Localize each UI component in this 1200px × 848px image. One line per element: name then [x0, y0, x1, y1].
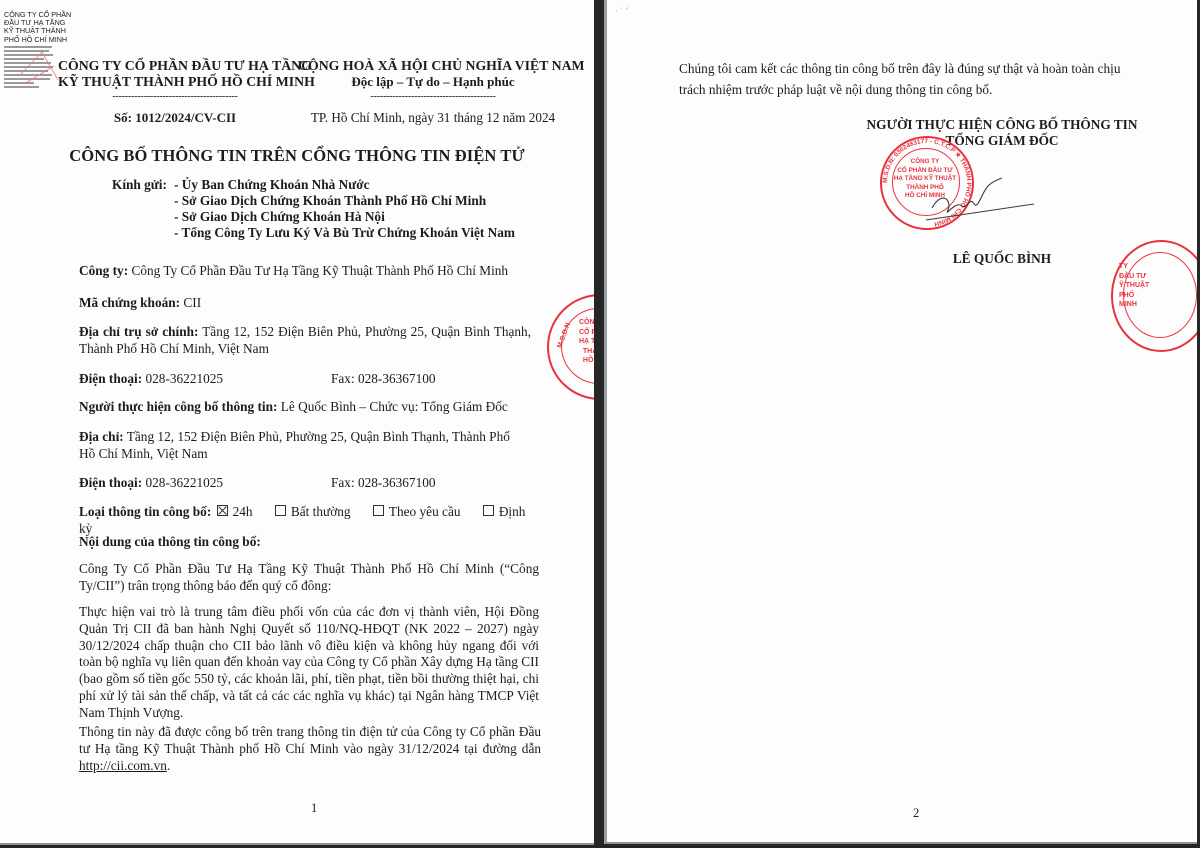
- commitment-paragraph: Chúng tôi cam kết các thông tin công bố …: [679, 58, 1139, 100]
- field-value: CII: [180, 295, 201, 310]
- fax-value: Fax: 028-36367100: [331, 370, 436, 387]
- national-header: CỘNG HOÀ XÃ HỘI CHỦ NGHĨA VIỆT NAM Độc l…: [298, 58, 568, 126]
- national-motto: Độc lập – Tự do – Hạnh phúc: [298, 74, 568, 90]
- document-page-2: · ˙ ٬ Chúng tôi cam kết các thông tin cô…: [604, 0, 1197, 844]
- partial-seal-text: TYĐẦU TƯỸ THUẬTPHỐMINH: [1119, 262, 1149, 310]
- head-office-field: Địa chỉ trụ sở chính: Tầng 12, 152 Điện …: [79, 323, 531, 357]
- field-label: Địa chỉ:: [79, 429, 124, 444]
- content-heading: Nội dung của thông tin công bố:: [79, 533, 535, 550]
- paragraph-end: .: [167, 758, 170, 773]
- signature-scribble-icon: [14, 40, 64, 90]
- recipients-list: - Ủy Ban Chứng Khoán Nhà Nước - Sở Giao …: [174, 177, 515, 241]
- signer-role: NGƯỜI THỰC HIỆN CÔNG BỐ THÔNG TIN: [862, 117, 1142, 133]
- issuer-name-line2: KỸ THUẬT THÀNH PHỐ HỒ CHÍ MINH: [58, 74, 292, 90]
- page-number: 2: [913, 806, 919, 821]
- field-value: 028-36221025: [142, 475, 223, 490]
- option-24h: 24h: [215, 504, 253, 519]
- content-paragraph-2: Thực hiện vai trò là trung tâm điều phối…: [79, 604, 539, 722]
- discloser-field: Người thực hiện công bố thông tin: Lê Qu…: [79, 398, 535, 415]
- unchecked-box-icon: [483, 505, 494, 516]
- header-divider: ----------------------------------------: [58, 90, 292, 104]
- phone-field-2: Điện thoại: 028-36221025 Fax: 028-363671…: [79, 474, 535, 491]
- page-number: 1: [311, 801, 317, 816]
- recipient-item: - Sở Giao Dịch Chứng Khoán Thành Phố Hồ …: [174, 193, 515, 209]
- corner-company-note: CÔNG TY CỔ PHẦN ĐẦU TƯ HẠ TẦNG KỸ THUẬT …: [4, 11, 71, 44]
- field-value: Công Ty Cổ Phần Đầu Tư Hạ Tầng Kỹ Thuật …: [128, 263, 508, 278]
- document-title: CÔNG BỐ THÔNG TIN TRÊN CỔNG THÔNG TIN ĐI…: [0, 146, 594, 166]
- field-label: Công ty:: [79, 263, 128, 278]
- unchecked-box-icon: [275, 505, 286, 516]
- signer-name: LÊ QUỐC BÌNH: [862, 251, 1142, 267]
- stock-code-field: Mã chứng khoán: CII: [79, 294, 535, 311]
- recipients-label: Kính gửi:: [112, 177, 167, 193]
- issuer-header: CÔNG TY CỔ PHẦN ĐẦU TƯ HẠ TẦNG KỸ THUẬT …: [58, 58, 292, 126]
- document-date: TP. Hồ Chí Minh, ngày 31 tháng 12 năm 20…: [298, 110, 568, 126]
- signature-icon: [922, 170, 1042, 225]
- field-label: Điện thoại:: [79, 371, 142, 386]
- field-label: Địa chỉ trụ sở chính:: [79, 324, 198, 339]
- field-label: Loại thông tin công bố:: [79, 504, 211, 519]
- scan-speck: · ˙ ٬: [615, 6, 628, 17]
- field-label: Người thực hiện công bố thông tin:: [79, 399, 277, 414]
- unchecked-box-icon: [373, 505, 384, 516]
- option-irregular: Bất thường: [273, 504, 351, 519]
- content-paragraph-1: Công Ty Cổ Phần Đầu Tư Hạ Tầng Kỹ Thuật …: [79, 560, 539, 594]
- header-divider: ----------------------------------------: [298, 90, 568, 104]
- recipient-item: - Sở Giao Dịch Chứng Khoán Hà Nội: [174, 209, 515, 225]
- disclosure-type-field: Loại thông tin công bố: 24h Bất thường T…: [79, 503, 559, 537]
- document-number: Số: 1012/2024/CV-CII: [58, 110, 292, 126]
- paragraph-text: Thông tin này đã được công bố trên trang…: [79, 724, 541, 756]
- company-seal-partial: CÔNCỔ PHẦHẠ TẦNG THÀ HỒ C M.S.D.N: [547, 294, 594, 400]
- field-label: Điện thoại:: [79, 475, 142, 490]
- document-page-1: CÔNG TY CỔ PHẦN ĐẦU TƯ HẠ TẦNG KỸ THUẬT …: [0, 0, 594, 845]
- phone-field-1: Điện thoại: 028-36221025 Fax: 028-363671…: [79, 370, 535, 387]
- option-label: Theo yêu cầu: [389, 504, 461, 519]
- recipient-item: - Tổng Công Ty Lưu Ký Và Bù Trừ Chứng Kh…: [174, 225, 515, 241]
- field-label: Mã chứng khoán:: [79, 295, 180, 310]
- content-paragraph-3: Thông tin này đã được công bố trên trang…: [79, 723, 541, 774]
- address-field: Địa chỉ: Tầng 12, 152 Điện Biên Phủ, Phư…: [79, 428, 519, 462]
- issuer-name-line1: CÔNG TY CỔ PHẦN ĐẦU TƯ HẠ TẦNG: [58, 58, 292, 74]
- national-title: CỘNG HOÀ XÃ HỘI CHỦ NGHĨA VIỆT NAM: [298, 58, 568, 74]
- field-value: 028-36221025: [142, 371, 223, 386]
- option-label: Bất thường: [291, 504, 351, 519]
- option-on-request: Theo yêu cầu: [371, 504, 461, 519]
- recipient-item: - Ủy Ban Chứng Khoán Nhà Nước: [174, 177, 515, 193]
- company-website-link[interactable]: http://cii.com.vn: [79, 758, 167, 773]
- fax-value: Fax: 028-36367100: [331, 474, 436, 491]
- company-field: Công ty: Công Ty Cổ Phần Đầu Tư Hạ Tầng …: [79, 262, 535, 279]
- checked-box-icon: [217, 505, 228, 516]
- option-label: 24h: [233, 504, 253, 519]
- field-value: Tầng 12, 152 Điện Biên Phủ, Phường 25, Q…: [79, 429, 510, 461]
- field-value: Lê Quốc Bình – Chức vụ: Tổng Giám Đốc: [277, 399, 507, 414]
